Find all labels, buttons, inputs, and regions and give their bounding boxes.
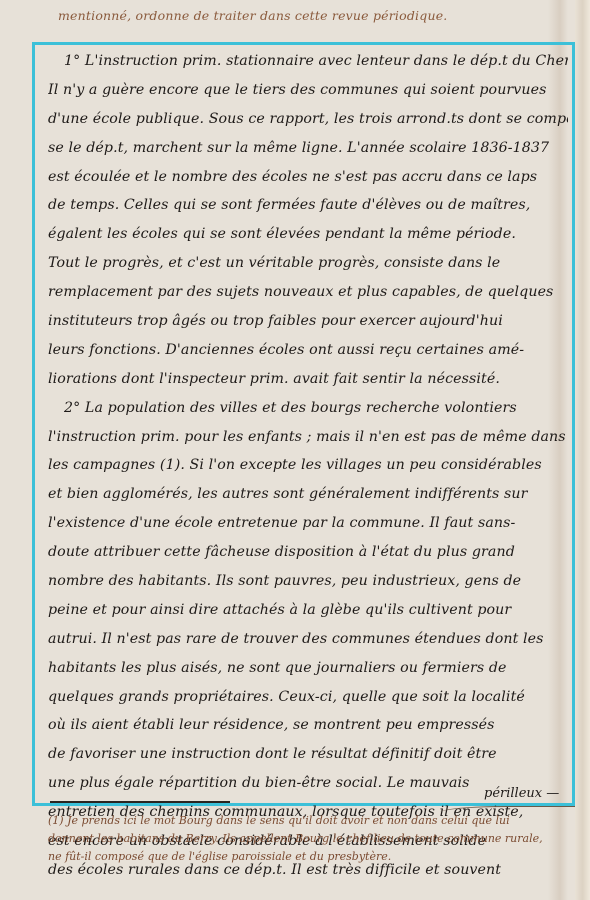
- footnote-line: (1) Je prends ici le mot Bourg dans le s…: [48, 812, 568, 830]
- text-line: nombre des habitants. Ils sont pauvres, …: [48, 567, 568, 596]
- footnote-line: ne fût-il composé que de l'église parois…: [48, 848, 568, 866]
- text-line: peine et pour ainsi dire attachés à la g…: [48, 596, 568, 625]
- main-text: 1° L'instruction prim. stationnaire avec…: [48, 47, 568, 885]
- catchword: périlleux —: [484, 786, 559, 801]
- footnote-separator: [50, 801, 230, 803]
- text-line: instituteurs trop âgés ou trop faibles p…: [48, 307, 568, 336]
- text-line: et bien agglomérés, les autres sont géné…: [48, 480, 568, 509]
- text-line: égalent les écoles qui se sont élevées p…: [48, 220, 568, 249]
- header-line: mentionné, ordonne de traiter dans cette…: [58, 8, 518, 23]
- text-line: 1° L'instruction prim. stationnaire avec…: [48, 47, 568, 76]
- footnote-line: donnent les habitans du Berry. Ils appel…: [48, 830, 568, 848]
- text-line: liorations dont l'inspecteur prim. avait…: [48, 365, 568, 394]
- text-line: l'existence d'une école entretenue par l…: [48, 509, 568, 538]
- text-line: se le dép.t, marchent sur la même ligne.…: [48, 134, 568, 163]
- text-line: remplacement par des sujets nouveaux et …: [48, 278, 568, 307]
- text-line: leurs fonctions. D'anciennes écoles ont …: [48, 336, 568, 365]
- text-line: Tout le progrès, et c'est un véritable p…: [48, 249, 568, 278]
- text-line: doute attribuer cette fâcheuse dispositi…: [48, 538, 568, 567]
- text-line: de favoriser une instruction dont le rés…: [48, 740, 568, 769]
- text-line: est écoulée et le nombre des écoles ne s…: [48, 163, 568, 192]
- text-line: quelques grands propriétaires. Ceux-ci, …: [48, 683, 568, 712]
- text-line: 2° La population des villes et des bourg…: [48, 394, 568, 423]
- text-line: Il n'y a guère encore que le tiers des c…: [48, 76, 568, 105]
- text-line: autrui. Il n'est pas rare de trouver des…: [48, 625, 568, 654]
- text-line: l'instruction prim. pour les enfants ; m…: [48, 423, 568, 452]
- footnote: (1) Je prends ici le mot Bourg dans le s…: [48, 812, 568, 866]
- text-line: d'une école publique. Sous ce rapport, l…: [48, 105, 568, 134]
- text-line: où ils aient établi leur résidence, se m…: [48, 711, 568, 740]
- text-line: les campagnes (1). Si l'on excepte les v…: [48, 451, 568, 480]
- text-line: habitants les plus aisés, ne sont que jo…: [48, 654, 568, 683]
- text-line: de temps. Celles qui se sont fermées fau…: [48, 191, 568, 220]
- page-edge: [575, 0, 590, 900]
